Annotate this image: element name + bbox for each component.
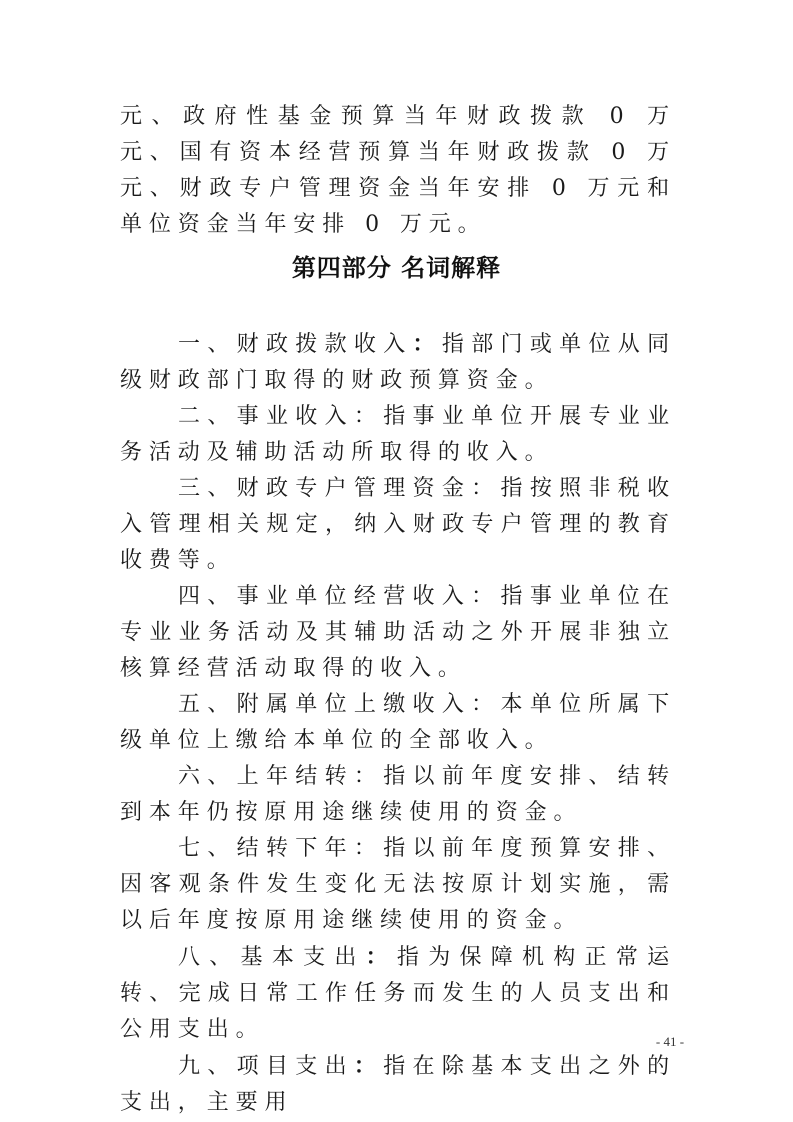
term-label: 五、附属单位上缴收入 (178, 692, 471, 717)
section-title: 第四部分 名词解释 (0, 248, 793, 283)
term-item: 七、结转下年：指以前年度预算安排、因客观条件发生变化无法按原计划实施，需以后年度… (120, 831, 676, 939)
term-colon: ： (471, 584, 500, 609)
term-item: 九、项目支出：指在除基本支出之外的支出，主要用 (120, 1048, 676, 1121)
term-label: 一、财政拨款收入 (178, 332, 413, 357)
page-number: - 41 - (640, 1034, 700, 1050)
term-colon: ： (366, 944, 397, 970)
term-colon: ： (471, 476, 500, 501)
term-label: 二、事业收入 (178, 404, 354, 429)
term-colon: ： (354, 836, 383, 861)
term-label: 四、事业单位经营收入 (178, 584, 471, 609)
term-item: 五、附属单位上缴收入：本单位所属下级单位上缴给本单位的全部收入。 (120, 687, 676, 759)
term-item: 二、事业收入：指事业单位开展专业业务活动及辅助活动所取得的收入。 (120, 399, 676, 471)
intro-paragraph: 元、政府性基金预算当年财政拨款 0 万元、国有资本经营预算当年财政拨款 0 万元… (120, 99, 676, 243)
term-colon: ： (471, 692, 500, 717)
term-colon: ： (354, 1053, 383, 1079)
term-label: 八、基本支出 (178, 945, 366, 970)
term-item: 六、上年结转：指以前年度安排、结转到本年仍按原用途继续使用的资金。 (120, 759, 676, 831)
term-label: 九、项目支出 (178, 1054, 354, 1079)
term-item: 三、财政专户管理资金：指按照非税收入管理相关规定，纳入财政专户管理的教育收费等。 (120, 471, 676, 579)
intro-block: 元、政府性基金预算当年财政拨款 0 万元、国有资本经营预算当年财政拨款 0 万元… (120, 99, 676, 243)
term-item: 八、基本支出：指为保障机构正常运转、完成日常工作任务而发生的人员支出和公用支出。 (120, 939, 676, 1048)
term-label: 七、结转下年 (178, 836, 354, 861)
terms-list: 一、财政拨款收入：指部门或单位从同级财政部门取得的财政预算资金。 二、事业收入：… (120, 326, 676, 1121)
term-label: 三、财政专户管理资金 (178, 476, 471, 501)
term-label: 六、上年结转 (178, 764, 354, 789)
document-page: 元、政府性基金预算当年财政拨款 0 万元、国有资本经营预算当年财政拨款 0 万元… (0, 0, 793, 1122)
term-colon: ： (354, 404, 383, 429)
term-item: 四、事业单位经营收入：指事业单位在专业业务活动及其辅助活动之外开展非独立核算经营… (120, 579, 676, 687)
term-item: 一、财政拨款收入：指部门或单位从同级财政部门取得的财政预算资金。 (120, 326, 676, 399)
term-colon: ： (354, 764, 383, 789)
term-colon: ： (413, 331, 442, 357)
